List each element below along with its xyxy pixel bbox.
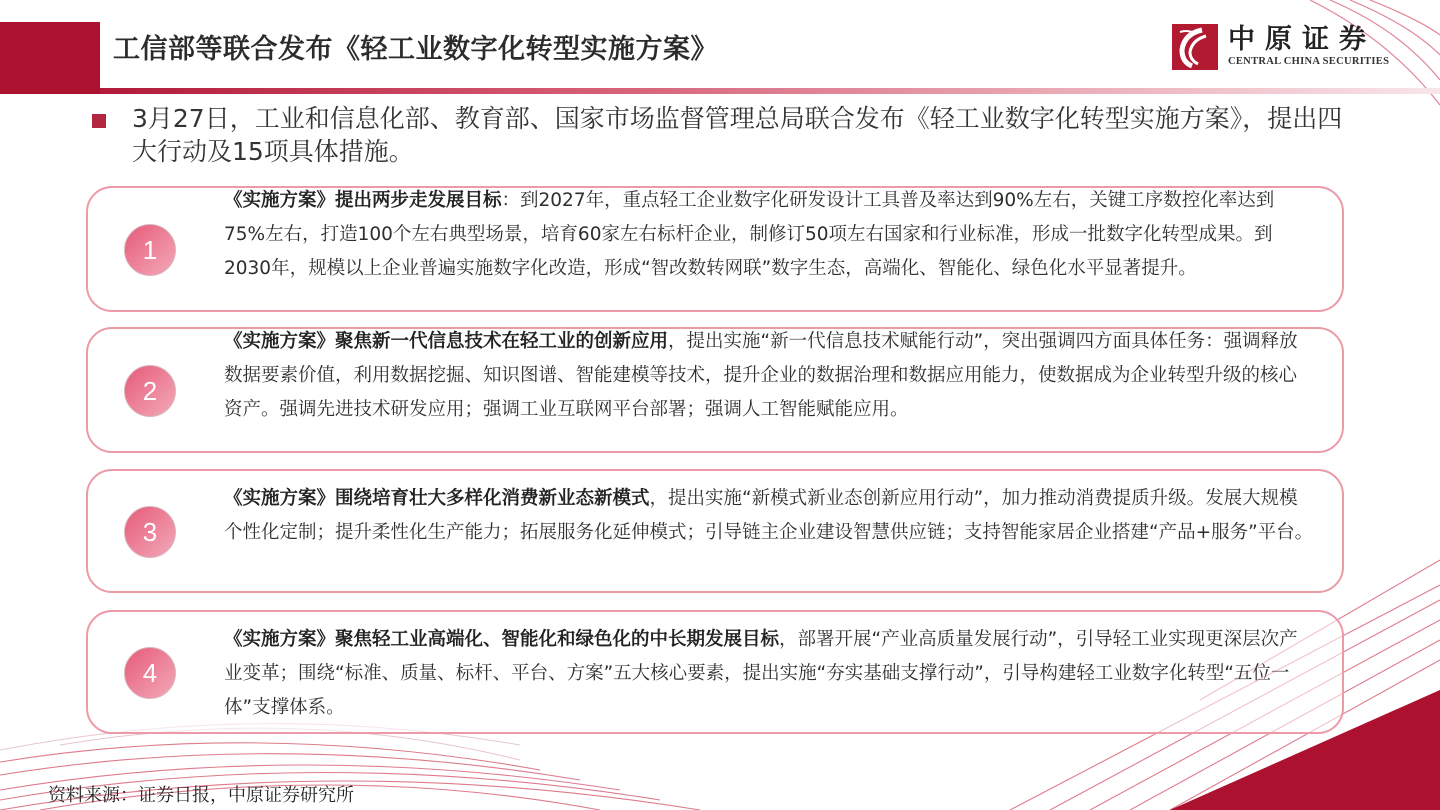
card-heading: 《实施方案》聚焦轻工业高端化、智能化和绿色化的中长期发展目标 bbox=[224, 629, 779, 650]
number-badge: 3 bbox=[124, 506, 176, 558]
measure-card-2: 2 《实施方案》聚焦新一代信息技术在轻工业的创新应用，提出实施“新一代信息技术赋… bbox=[86, 327, 1344, 453]
logo-name-cn: 中原证券 bbox=[1228, 25, 1389, 55]
square-bullet-icon bbox=[92, 114, 106, 128]
card-text: 《实施方案》提出两步走发展目标：到2027年，重点轻工企业数字化研发设计工具普及… bbox=[224, 184, 1314, 286]
central-china-securities-logo-icon bbox=[1172, 24, 1218, 70]
number-badge: 1 bbox=[124, 224, 176, 276]
title-underline-gradient bbox=[100, 88, 1440, 94]
number-badge: 4 bbox=[124, 647, 176, 699]
intro-paragraph: 3月27日，工业和信息化部、教育部、国家市场监督管理总局联合发布《轻工业数字化转… bbox=[92, 102, 1352, 168]
card-heading: 《实施方案》围绕培育壮大多样化消费新业态新模式 bbox=[224, 488, 650, 509]
page-title: 工信部等联合发布《轻工业数字化转型实施方案》 bbox=[113, 30, 718, 70]
measure-card-4: 4 《实施方案》聚焦轻工业高端化、智能化和绿色化的中长期发展目标，部署开展“产业… bbox=[86, 610, 1344, 734]
intro-text: 3月27日，工业和信息化部、教育部、国家市场监督管理总局联合发布《轻工业数字化转… bbox=[132, 102, 1352, 168]
measure-card-1: 1 《实施方案》提出两步走发展目标：到2027年，重点轻工企业数字化研发设计工具… bbox=[86, 186, 1344, 312]
card-heading: 《实施方案》聚焦新一代信息技术在轻工业的创新应用 bbox=[224, 331, 668, 352]
card-heading: 《实施方案》提出两步走发展目标 bbox=[224, 190, 502, 211]
number-badge: 2 bbox=[124, 365, 176, 417]
source-note: 资料来源：证券日报，中原证券研究所 bbox=[48, 784, 354, 808]
measure-card-3: 3 《实施方案》围绕培育壮大多样化消费新业态新模式，提出实施“新模式新业态创新应… bbox=[86, 469, 1344, 593]
title-accent-block bbox=[0, 22, 100, 94]
card-text: 《实施方案》围绕培育壮大多样化消费新业态新模式，提出实施“新模式新业态创新应用行… bbox=[224, 482, 1314, 550]
card-text: 《实施方案》聚焦轻工业高端化、智能化和绿色化的中长期发展目标，部署开展“产业高质… bbox=[224, 623, 1314, 725]
card-text: 《实施方案》聚焦新一代信息技术在轻工业的创新应用，提出实施“新一代信息技术赋能行… bbox=[224, 325, 1314, 427]
company-logo: 中原证券 CENTRAL CHINA SECURITIES bbox=[1172, 22, 1412, 72]
logo-name-en: CENTRAL CHINA SECURITIES bbox=[1228, 55, 1389, 69]
